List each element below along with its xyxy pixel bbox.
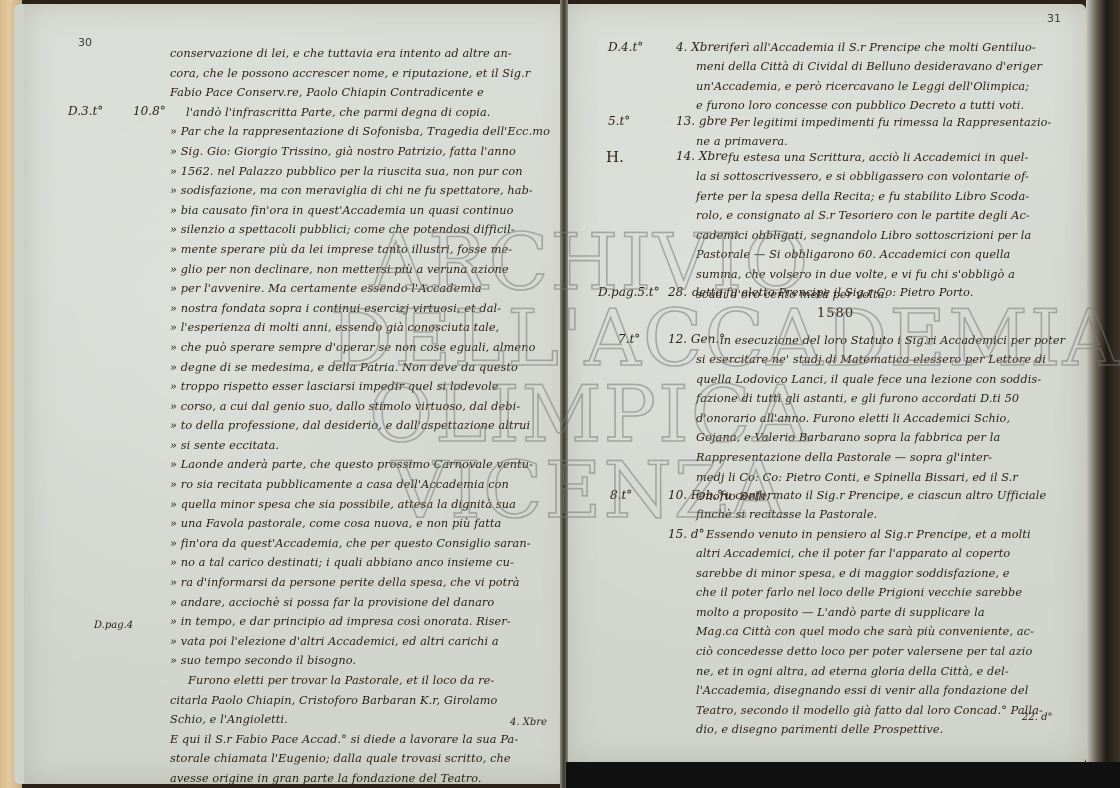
- text-line: quella Lodovico Lanci, il quale fece una…: [696, 370, 1046, 390]
- text-line: » glio per non declinare, non mettersi p…: [170, 260, 555, 280]
- entry-date: 28.: [668, 285, 687, 299]
- entry-date: 10.8°: [133, 104, 166, 118]
- text-line: si esercitare ne' studj di Matematica el…: [696, 350, 1046, 370]
- entry-text: fu confermato il Sig.r Prencipe, e ciasc…: [720, 486, 1046, 506]
- text-line: » degne di se medesima, e della Patria. …: [170, 358, 555, 378]
- text-line: ne, et in ogni altra, ad eterna gloria d…: [696, 662, 1043, 682]
- text-line: » vata poi l'elezione d'altri Accademici…: [170, 632, 555, 652]
- text-line: Teatro, secondo il modello già fatto dal…: [696, 701, 1043, 721]
- text-line: Schio, e l'Angioletti.: [170, 710, 555, 730]
- text-line: » l'esperienza di molti anni, essendo gi…: [170, 318, 555, 338]
- text-line: Per legitimi impedimenti fu rimessa la R…: [730, 113, 1051, 133]
- text-line: Essendo venuto in pensiero al Sig.r Pren…: [706, 525, 1031, 545]
- text-line: » una Favola pastorale, come cosa nuova,…: [170, 514, 555, 534]
- text-line: » 1562. nel Palazzo pubblico per la rius…: [170, 162, 555, 182]
- margin-note: D.pag.5.t°: [598, 285, 660, 299]
- margin-note: H.: [606, 148, 624, 166]
- text-line: » quella minor spesa che sia possibile, …: [170, 495, 555, 515]
- text-line: ferte per la spesa della Recita; e fu st…: [696, 187, 1031, 207]
- margin-note: D.pag.4: [94, 620, 133, 631]
- text-line: citarla Paolo Chiapin, Cristoforo Barbar…: [170, 691, 555, 711]
- text-line: » per l'avvenire. Ma certamente essendo …: [170, 279, 555, 299]
- text-line: molto a proposito — L'andò parte di supp…: [696, 603, 1043, 623]
- text-line: l'andò l'infrascritta Parte, che parmi d…: [186, 103, 555, 123]
- text-line: » mente sperare più da lei imprese tanto…: [170, 240, 555, 260]
- text-line: fazione di tutti gli astanti, e gli furo…: [696, 389, 1046, 409]
- text-line: Gojana, e Valerio Barbarano sopra la fab…: [696, 428, 1046, 448]
- margin-note: 7.t°: [618, 332, 640, 346]
- entry-text: detto fu eletto Prencipe il Sig.r Co: Pi…: [692, 283, 974, 303]
- text-line: E qui il S.r Fabio Pace Accad.° si diede…: [170, 730, 555, 750]
- page-number-left: 30: [78, 36, 92, 49]
- entry-text: in esecuzione del loro Statuto i Sig.ri …: [720, 331, 1065, 351]
- entry-text: Essendo venuto in pensiero al Sig.r Pren…: [706, 525, 1031, 545]
- text-line: detto fu eletto Prencipe il Sig.r Co: Pi…: [692, 283, 974, 303]
- text-line: cademici obbligati, segnandolo Libro sot…: [696, 226, 1031, 246]
- page-number-right: 31: [1047, 12, 1061, 25]
- manuscript-spread: 30 D.3.t° 10.8° D.pag.4 conservazione di…: [0, 0, 1120, 788]
- text-line: » to della professione, dal desiderio, e…: [170, 416, 555, 436]
- text-line: d'onorario all'anno. Furono eletti li Ac…: [696, 409, 1046, 429]
- entry-date: 12. Gen.°: [668, 332, 725, 346]
- text-line: la si sottoscrivessero, e si obbligasser…: [696, 167, 1031, 187]
- text-line: rolo, e consignato al S.r Tesoriero con …: [696, 206, 1031, 226]
- margin-note: D.4.t°: [608, 40, 643, 54]
- text-line: avesse origine in gran parte la fondazio…: [170, 769, 555, 788]
- entry-text: Per legitimi impedimenti fu rimessa la R…: [730, 113, 1051, 133]
- text-line: fu confermato il Sig.r Prencipe, e ciasc…: [720, 486, 1046, 506]
- text-line: dio, e disegno parimenti delle Prospetti…: [696, 720, 1043, 740]
- entry-date: 10. Feb.°: [668, 488, 723, 502]
- text-line: Pastorale — Si obbligarono 60. Accademic…: [696, 245, 1031, 265]
- text-line: » in tempo, e dar principio ad impresa c…: [170, 612, 555, 632]
- text-line: ciò concedesse detto loco per poter vale…: [696, 642, 1043, 662]
- entry-text: si esercitare ne' studj di Matematica el…: [696, 350, 1046, 507]
- left-page-text: conservazione di lei, e che tuttavia era…: [170, 44, 555, 788]
- text-line: altri Accademici, che il poter far l'app…: [696, 544, 1043, 564]
- text-line: » silenzio a spettacoli pubblici; come c…: [170, 220, 555, 240]
- text-line: » Sig. Gio: Giorgio Trissino, già nostro…: [170, 142, 555, 162]
- margin-note: 5.t°: [608, 114, 630, 128]
- text-line: che il poter farlo nel loco delle Prigio…: [696, 583, 1043, 603]
- text-line: » ro sia recitata pubblicamente a casa d…: [170, 475, 555, 495]
- text-line: meni della Città di Cividal di Belluno d…: [696, 57, 1042, 77]
- text-line: » bia causato fin'ora in quest'Accademia…: [170, 201, 555, 221]
- text-line: » Laonde anderà parte, che questo prossi…: [170, 455, 555, 475]
- text-line: Fabio Pace Conserv.re, Paolo Chiapin Con…: [170, 83, 555, 103]
- text-line: » ra d'informarsi da persone perite dell…: [170, 573, 555, 593]
- text-line: riferì all'Accademia il S.r Prencipe che…: [720, 38, 1036, 58]
- year-heading: 1580: [817, 306, 854, 321]
- entry-text: riferì all'Accademia il S.r Prencipe che…: [720, 38, 1036, 58]
- entry-text: altri Accademici, che il poter far l'app…: [696, 544, 1043, 740]
- entry-text: finchè si recitasse la Pastorale.: [696, 505, 877, 525]
- text-line: » fin'ora da quest'Accademia, che per qu…: [170, 534, 555, 554]
- entry-date: 4. Xbre: [676, 40, 720, 54]
- text-line: medj li Co: Co: Pietro Conti, e Spinella…: [696, 468, 1046, 488]
- entry-text: meni della Città di Cividal di Belluno d…: [696, 57, 1042, 116]
- text-line: in esecuzione del loro Statuto i Sig.ri …: [720, 331, 1065, 351]
- text-line: » corso, a cui dal genio suo, dallo stim…: [170, 397, 555, 417]
- text-line: » sodisfazione, ma con meraviglia di chi…: [170, 181, 555, 201]
- catchword-right: 22. d°: [1022, 712, 1052, 723]
- text-line: un'Accademia, e però ricercavano le Legg…: [696, 77, 1042, 97]
- entry-date: 15. d°: [668, 527, 705, 541]
- entry-date: 13. gbre: [676, 114, 727, 128]
- text-line: » che può sperare sempre d'operar se non…: [170, 338, 555, 358]
- text-line: l'Accademia, disegnando essi di venir al…: [696, 681, 1043, 701]
- text-line: sarebbe di minor spesa, e di maggior sod…: [696, 564, 1043, 584]
- text-line: » no a tal carico destinati; i quali abb…: [170, 553, 555, 573]
- text-line: cora, che le possono accrescer nome, e r…: [170, 64, 555, 84]
- text-line: » nostra fondata sopra i continui eserci…: [170, 299, 555, 319]
- binding-edge-right: [1086, 0, 1120, 788]
- text-line: » suo tempo secondo il bisogno.: [170, 651, 555, 671]
- text-line: summa, che volsero in due volte, e vi fu…: [696, 265, 1031, 285]
- text-line: finchè si recitasse la Pastorale.: [696, 505, 877, 525]
- entry-text: fu estesa una Scrittura, acciò li Accade…: [728, 148, 1028, 168]
- text-line: Furono eletti per trovar la Pastorale, e…: [188, 671, 555, 691]
- entry-date: 14. Xbre: [676, 149, 728, 163]
- text-line: Rappresentazione della Pastorale — sopra…: [696, 448, 1046, 468]
- margin-note: D.3.t°: [68, 104, 103, 118]
- text-line: » troppo rispetto esser lasciarsi impedi…: [170, 377, 555, 397]
- text-line: Mag.ca Città con quel modo che sarà più …: [696, 622, 1043, 642]
- margin-note: 8.t°: [610, 488, 632, 502]
- text-line: fu estesa una Scrittura, acciò li Accade…: [728, 148, 1028, 168]
- text-line: storale chiamata l'Eugenio; dalla quale …: [170, 749, 555, 769]
- catchword-left: 4. Xbre: [510, 717, 547, 728]
- text-line: » si sente eccitata.: [170, 436, 555, 456]
- text-line: » Par che la rappresentazione di Sofonis…: [170, 122, 555, 142]
- background-shadow: [566, 762, 1120, 788]
- text-line: conservazione di lei, e che tuttavia era…: [170, 44, 555, 64]
- book-gutter: [560, 0, 568, 788]
- text-line: » andare, acciochè si possa far la provi…: [170, 593, 555, 613]
